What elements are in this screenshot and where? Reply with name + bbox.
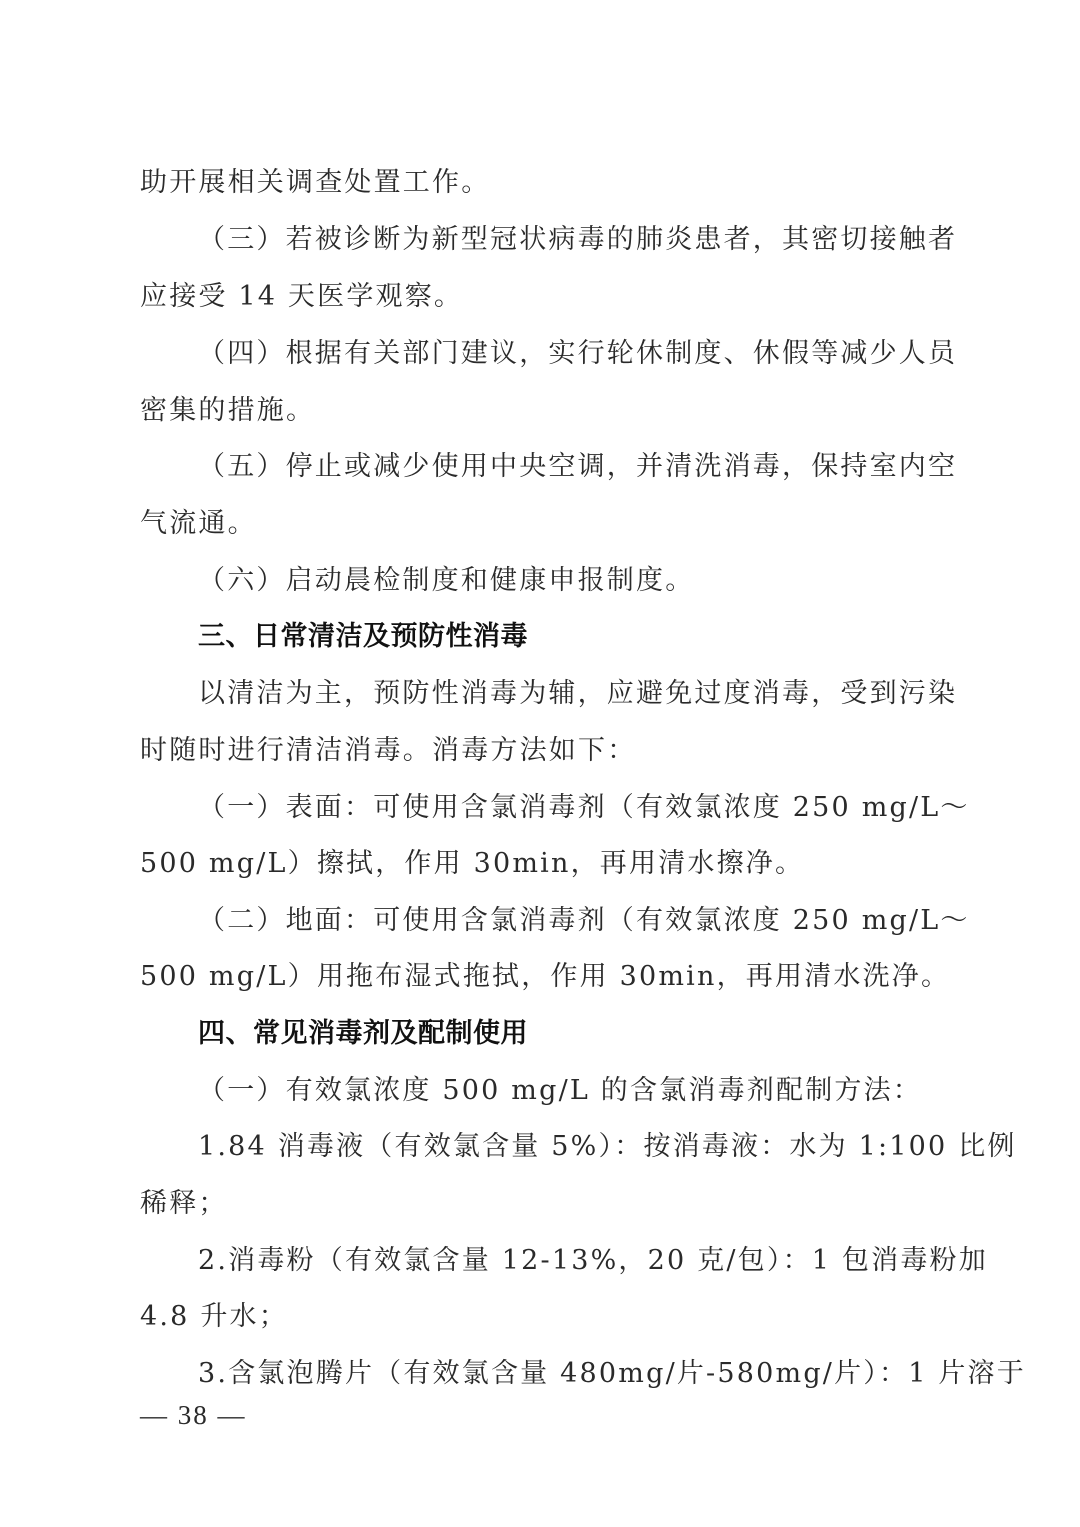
paragraph-line: （六）启动晨检制度和健康申报制度。	[198, 561, 940, 601]
paragraph-line: 应接受 14 天医学观察。	[140, 277, 940, 317]
section-heading: 三、日常清洁及预防性消毒	[198, 617, 528, 657]
paragraph-line: 4.8 升水；	[140, 1297, 940, 1337]
paragraph-line: 助开展相关调查处置工作。	[140, 163, 940, 203]
paragraph-line: 时随时进行清洁消毒。消毒方法如下：	[140, 731, 940, 771]
section-heading: 四、常见消毒剂及配制使用	[198, 1014, 528, 1054]
paragraph-line: 以清洁为主，预防性消毒为辅，应避免过度消毒，受到污染	[198, 674, 940, 714]
page-number: — 38 —	[140, 1397, 247, 1433]
paragraph-line: 500 mg/L）擦拭，作用 30min，再用清水擦净。	[140, 844, 940, 884]
paragraph-line: （一）有效氯浓度 500 mg/L 的含氯消毒剂配制方法：	[198, 1071, 940, 1111]
paragraph-line: （四）根据有关部门建议，实行轮休制度、休假等减少人员	[198, 334, 940, 374]
paragraph-line: 密集的措施。	[140, 391, 940, 431]
document-page: 助开展相关调查处置工作。 （三）若被诊断为新型冠状病毒的肺炎患者，其密切接触者 …	[0, 0, 1080, 1527]
paragraph-line: （五）停止或减少使用中央空调，并清洗消毒，保持室内空	[198, 447, 940, 487]
paragraph-line: 2.消毒粉（有效氯含量 12-13%，20 克/包）：1 包消毒粉加	[198, 1241, 940, 1281]
paragraph-line: 500 mg/L）用拖布湿式拖拭，作用 30min，再用清水洗净。	[140, 957, 940, 997]
paragraph-line: 气流通。	[140, 504, 940, 544]
paragraph-line: （一）表面：可使用含氯消毒剂（有效氯浓度 250 mg/L～	[198, 788, 940, 828]
paragraph-line: 1.84 消毒液（有效氯含量 5%）：按消毒液：水为 1:100 比例	[198, 1127, 940, 1167]
paragraph-line: （三）若被诊断为新型冠状病毒的肺炎患者，其密切接触者	[198, 220, 940, 260]
paragraph-line: 稀释；	[140, 1184, 940, 1224]
paragraph-line: （二）地面：可使用含氯消毒剂（有效氯浓度 250 mg/L～	[198, 901, 940, 941]
paragraph-line: 3.含氯泡腾片（有效氯含量 480mg/片-580mg/片）：1 片溶于	[198, 1354, 940, 1394]
